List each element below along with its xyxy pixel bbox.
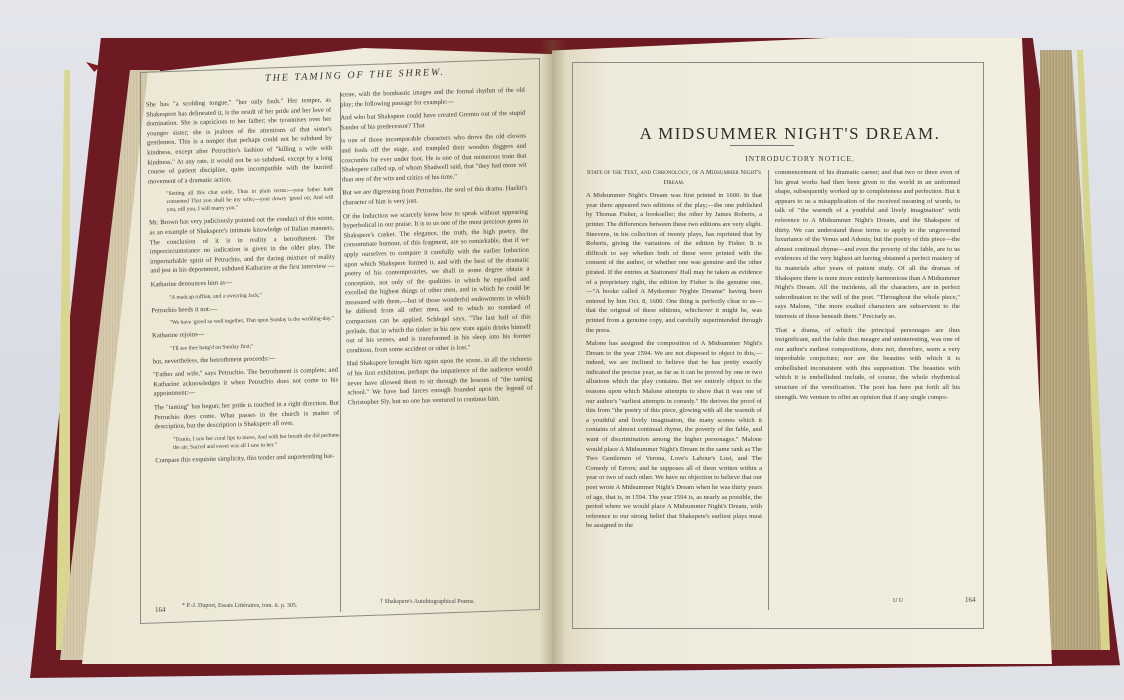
- paragraph: And who but Shakspere could have created…: [340, 109, 525, 133]
- paragraph: She has "a scolding tongue," "her only f…: [146, 96, 333, 187]
- paragraph: Had Shakspere brought him again upon the…: [347, 355, 533, 408]
- column-divider: [768, 170, 769, 610]
- paragraph: is one of those incomparable characters …: [341, 132, 527, 185]
- paragraph: "Father and wife," says Petruchio. The b…: [153, 366, 339, 400]
- paragraph: But we are digressing from Petruchio, th…: [342, 184, 527, 208]
- footnote: † Shakspere's Autobiographical Poems.: [380, 599, 475, 605]
- play-title: A MIDSUMMER NIGHT'S DREAM.: [630, 124, 950, 144]
- right-page-column-1: State of the Text, and Chronology, of A …: [586, 168, 762, 608]
- paragraph: commencement of his dramatic career; and…: [775, 168, 960, 322]
- paragraph: Katharine rejoins—: [152, 327, 337, 341]
- section-heading: State of the Text, and Chronology, of A …: [586, 168, 762, 187]
- quote: "Setting all this chat aside, Thus in pl…: [148, 186, 334, 215]
- paragraph: That a drama, of which the principal per…: [775, 326, 960, 403]
- quote: "A madcap ruffian, and a swearing Jack;": [151, 289, 336, 302]
- title-rule: [730, 145, 794, 146]
- paragraph: Compare this exquisite simplicity, this …: [155, 451, 340, 465]
- quote: "Tranio, I saw her coral lips to move, A…: [155, 431, 340, 452]
- page-number: 164: [155, 606, 166, 614]
- paragraph: Katharine denounces him as—: [151, 276, 336, 290]
- signature-mark: U U: [893, 598, 903, 604]
- right-page-column-2: commencement of his dramatic career; and…: [775, 168, 960, 608]
- paragraph: Mr. Brown has very judiciously pointed o…: [149, 214, 335, 276]
- left-page-column-1: She has "a scolding tongue," "her only f…: [146, 96, 343, 571]
- paragraph: Petruchio heeds it not:—: [151, 301, 336, 315]
- paragraph: Malone has assigned the composition of A…: [586, 339, 762, 531]
- paragraph: scene, with the bombastic images and the…: [340, 86, 525, 110]
- page-number: 164: [965, 596, 976, 604]
- section-subtitle: INTRODUCTORY NOTICE.: [700, 154, 900, 163]
- footnote: * P.-J. Duport, Essais Littéraires, tom.…: [182, 603, 297, 609]
- paragraph: A Midsummer Night's Dream was first prin…: [586, 191, 762, 335]
- paragraph: Of the Induction we scarcely know how to…: [343, 207, 532, 356]
- paragraph: but, nevertheless, the betrothment proce…: [153, 352, 338, 366]
- left-page-column-2: scene, with the bombastic images and the…: [340, 86, 538, 579]
- paragraph: The "taming" has begun; her pride is tou…: [154, 399, 340, 433]
- quote: "We have 'greed so well together, That u…: [152, 315, 337, 328]
- quote: "I'll see thee hang'd on Sunday first;": [152, 340, 337, 353]
- book-gutter: [540, 40, 566, 664]
